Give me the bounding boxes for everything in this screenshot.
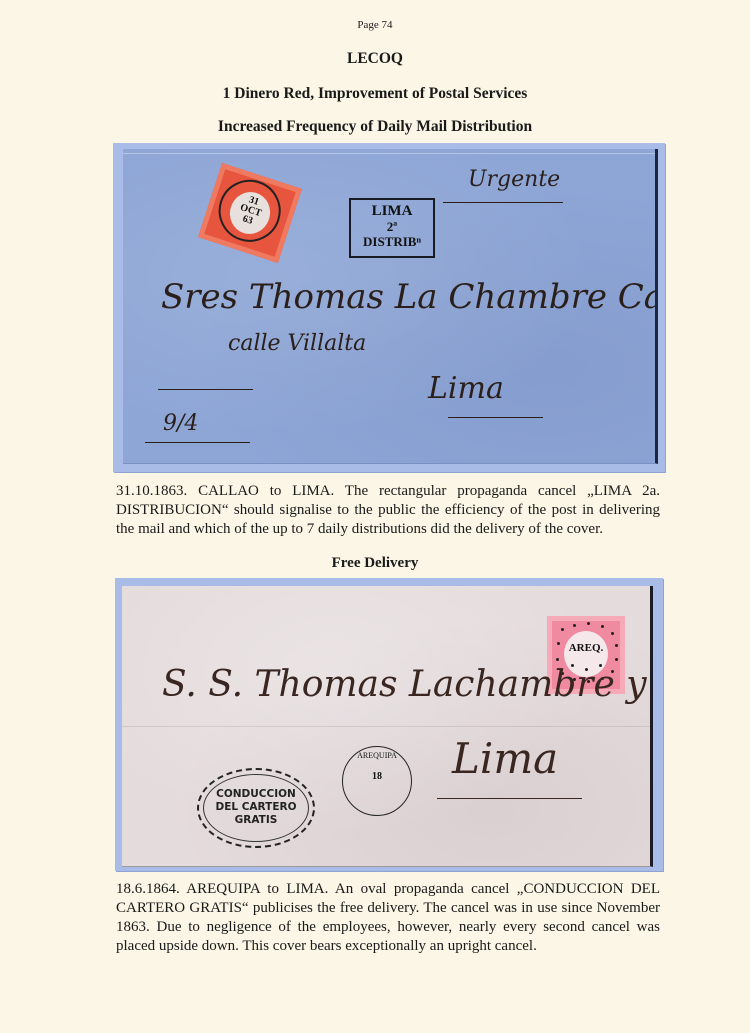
cover-2-mount: AREQ. S. S. Thomas Lachambre y C° Lima A… <box>115 578 663 871</box>
handwriting-addressee: Sres Thomas La Chambre Ca <box>161 277 658 317</box>
cover-2-image: AREQ. S. S. Thomas Lachambre y C° Lima A… <box>122 586 653 867</box>
cover-1-image: 31 OCT 63 LIMA 2ª DISTRIBⁿ Urgente Sres … <box>123 149 658 464</box>
datestamp-town: AREQUIPA <box>343 751 411 760</box>
handwriting-rate: 9/4 <box>163 411 198 436</box>
handwriting-city: Lima <box>428 371 504 406</box>
datestamp-day: 18 <box>343 771 411 782</box>
page-subtitle: 1 Dinero Red, Improvement of Postal Serv… <box>0 85 750 103</box>
conduccion-del-cartero-gratis-cancel: CONDUCCION DEL CARTERO GRATIS <box>197 768 315 848</box>
handwriting-addressee: S. S. Thomas Lachambre y C° <box>162 664 653 705</box>
oval-line-3: GRATIS <box>199 814 313 827</box>
section-heading-distribution: Increased Frequency of Daily Mail Distri… <box>0 118 750 136</box>
cover-1-caption: 31.10.1863. CALLAO to LIMA. The rectangu… <box>116 482 660 539</box>
arequipa-datestamp: AREQUIPA 18 <box>342 746 412 816</box>
cancel-line-3: DISTRIBⁿ <box>351 234 433 249</box>
cover-1-mount: 31 OCT 63 LIMA 2ª DISTRIBⁿ Urgente Sres … <box>113 143 665 472</box>
stamp-1-dinero-red: 31 OCT 63 <box>198 163 302 263</box>
cancel-line-1: LIMA <box>351 204 433 219</box>
cover-2-caption: 18.6.1864. AREQUIPA to LIMA. An oval pro… <box>116 880 660 956</box>
handwriting-city: Lima <box>452 734 558 783</box>
stamp-town-cancel: AREQ. <box>563 642 609 654</box>
page-title: LECOQ <box>0 50 750 68</box>
handwriting-street: calle Villalta <box>228 331 366 356</box>
handwriting-urgente: Urgente <box>468 167 560 192</box>
oval-line-2: DEL CARTERO <box>199 801 313 814</box>
oval-line-1: CONDUCCION <box>199 788 313 801</box>
lima-distribution-cancel: LIMA 2ª DISTRIBⁿ <box>349 198 435 258</box>
section-heading-free-delivery: Free Delivery <box>0 555 750 572</box>
cancel-line-2: 2ª <box>351 219 433 234</box>
page-number: Page 74 <box>0 19 750 31</box>
